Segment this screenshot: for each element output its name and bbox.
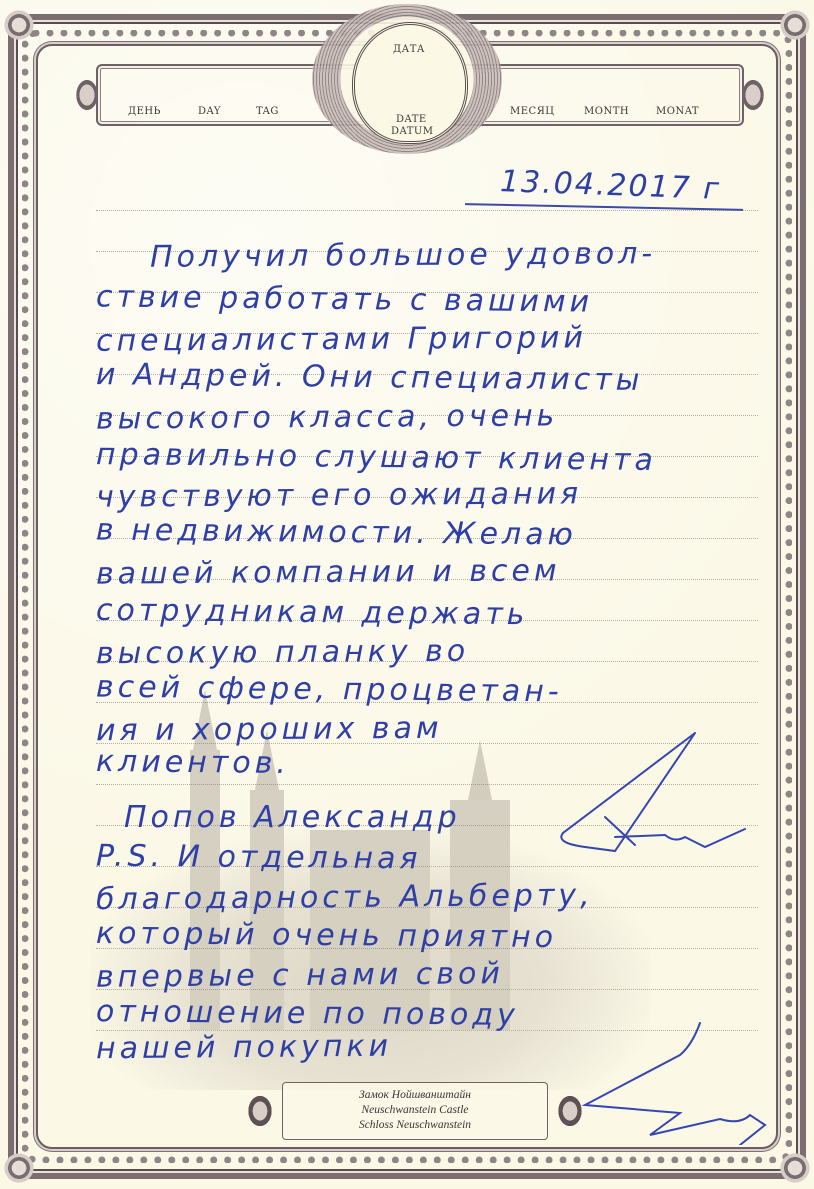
rule-line <box>96 210 758 211</box>
guestbook-page: День Day Tag Дата Date Datum Месяц Month… <box>0 0 814 1189</box>
handwritten-line: высокую планку во <box>96 634 469 672</box>
caption-line-en: Neuschwanstein Castle <box>283 1103 547 1118</box>
month-label-de: Monat <box>656 106 699 117</box>
handwritten-line: и Андрей. Они специалисты <box>96 357 644 398</box>
handwritten-line: правильно слушают клиента <box>96 437 657 478</box>
corner-ornament-icon <box>778 8 812 42</box>
month-label-ru: Месяц <box>510 106 555 117</box>
month-label-en: Month <box>584 106 629 117</box>
handwritten-line: ствие работать с вашими <box>96 279 593 319</box>
handwritten-line: чувствуют его ожидания <box>96 476 582 514</box>
postscript-line: нашей покупки <box>96 1029 392 1067</box>
handwritten-line: клиентов. <box>96 744 290 781</box>
day-label-de: Tag <box>256 106 279 117</box>
castle-caption-plate: Замок Нойшванштайн Neuschwanstein Castle… <box>282 1082 548 1140</box>
date-label-de: Datum <box>391 126 434 137</box>
day-label-en: Day <box>198 106 221 117</box>
corner-ornament-icon <box>2 8 36 42</box>
corner-ornament-icon <box>778 1151 812 1185</box>
handwritten-line: сотрудникам держать <box>96 593 529 633</box>
caption-line-de: Schloss Neuschwanstein <box>283 1118 547 1133</box>
handwritten-line: в недвижимости. Желаю <box>96 512 577 552</box>
postscript-line: который очень приятно <box>96 916 557 955</box>
handwritten-line: Получил большое удовол- <box>150 236 656 275</box>
handwritten-line: высокого класса, очень <box>96 398 559 436</box>
signer-name: Попов Александр <box>124 800 461 835</box>
caption-line-ru: Замок Нойшванштайн <box>283 1088 547 1103</box>
postscript-line: отношение по поводу <box>96 994 519 1033</box>
handwritten-line: специалистами Григорий <box>96 320 587 358</box>
day-label-ru: День <box>128 106 161 117</box>
date-label-en: Date <box>396 114 427 125</box>
postscript-line: P.S. И отдельная <box>96 839 422 877</box>
date-label-ru: Дата <box>393 44 425 55</box>
handwritten-line: ия и хороших вам <box>96 711 443 748</box>
postscript-line: впервые с нами свой <box>96 956 504 995</box>
signature-mark <box>545 725 755 875</box>
handwritten-line: всей сфере, процветан- <box>96 670 563 710</box>
handwritten-line: вашей компании и всем <box>96 553 561 591</box>
corner-ornament-icon <box>2 1151 36 1185</box>
signature-mark-2 <box>570 1015 770 1145</box>
postscript-line: благодарность Альберту, <box>96 878 594 917</box>
